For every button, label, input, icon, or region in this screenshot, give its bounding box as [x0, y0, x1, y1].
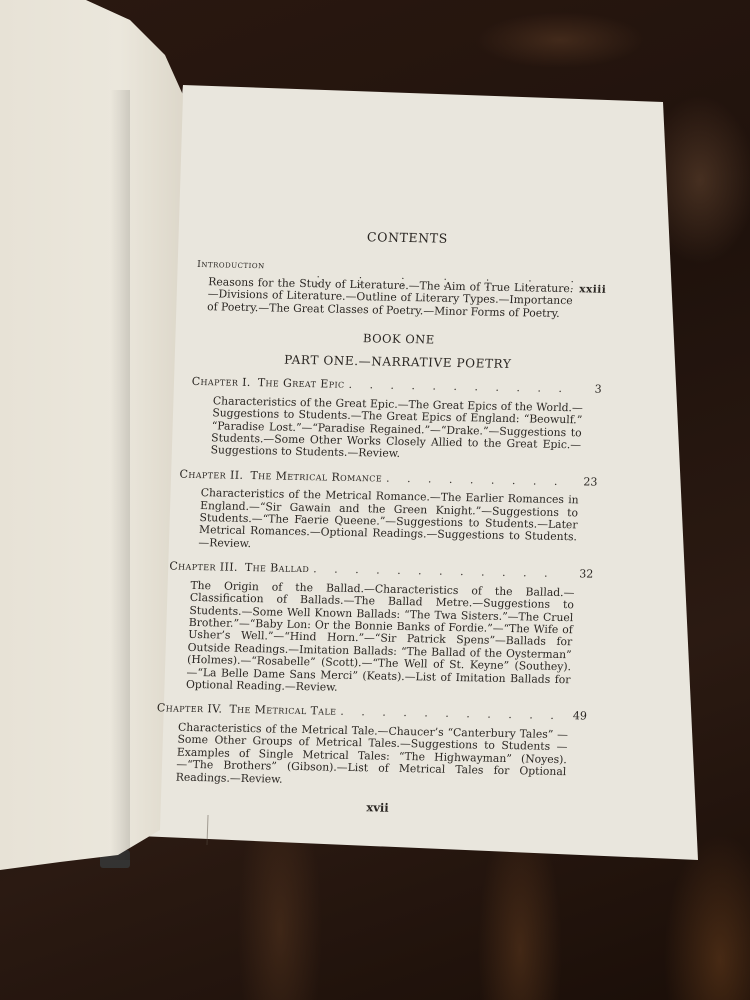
chapter-entry: Chapter III. The Ballad . . . . . . . . … — [164, 561, 594, 699]
contents-page: CONTENTS Introduction . . . . . . . . . … — [172, 200, 610, 818]
page-title: CONTENTS — [206, 228, 608, 248]
page-number: 32 — [569, 568, 594, 581]
chapter-title: The Ballad — [245, 562, 310, 576]
chapter-summary: The Origin of the Ballad.—Characteristic… — [164, 579, 593, 699]
chapter-heading[interactable]: Chapter I. The Great Epic . . . . . . . … — [191, 376, 601, 396]
book-heading: BOOK ONE — [194, 329, 604, 349]
chapter-number: Chapter I. — [191, 376, 251, 390]
chapter-number: Chapter IV. — [157, 703, 223, 717]
leader-dots: . . . . . . . . . . . . . . . . . . . . … — [313, 564, 566, 581]
chapter-heading[interactable]: Chapter III. The Ballad . . . . . . . . … — [169, 561, 593, 582]
chapter-summary: Characteristics of the Great Epic.—The G… — [188, 395, 601, 465]
gutter-shadow — [110, 90, 130, 860]
leader-dots: . . . . . . . . . . . . . . . . . . . . … — [348, 379, 574, 396]
chapter-summary: Characteristics of the Metrical Romance.… — [176, 487, 597, 557]
introduction-entry: Introduction . . . . . . . . . . . . . .… — [195, 258, 607, 321]
leader-dots: . . . . . . . . . . . . . . . . . . . . … — [340, 706, 559, 723]
page-number: xxiii — [579, 283, 607, 296]
chapter-heading[interactable]: Chapter II. The Metrical Romance . . . .… — [179, 468, 597, 489]
chapter-entry: Chapter IV. The Metrical Tale . . . . . … — [154, 703, 588, 792]
chapter-title: The Great Epic — [258, 377, 345, 391]
introduction-summary: Reasons for the Study of Literature.—The… — [195, 276, 580, 321]
page-number: 49 — [563, 711, 588, 724]
chapter-number: Chapter III. — [169, 561, 238, 575]
page-number: 23 — [573, 476, 598, 489]
chapter-summary: Characteristics of the Metrical Tale.—Ch… — [154, 721, 587, 791]
chapter-heading[interactable]: Chapter IV. The Metrical Tale . . . . . … — [157, 703, 587, 724]
page-number: 3 — [577, 384, 602, 397]
chapter-title: The Metrical Romance — [250, 470, 382, 485]
part-heading: PART ONE.—NARRATIVE POETRY — [193, 352, 603, 372]
chapter-number: Chapter II. — [179, 468, 243, 482]
chapter-title: The Metrical Tale — [229, 704, 337, 719]
chapter-entry: Chapter II. The Metrical Romance . . . .… — [176, 468, 598, 557]
chapter-entry: Chapter I. The Great Epic . . . . . . . … — [188, 376, 602, 464]
leader-dots: . . . . . . . . . . . . . . . . . . . . … — [386, 472, 570, 488]
